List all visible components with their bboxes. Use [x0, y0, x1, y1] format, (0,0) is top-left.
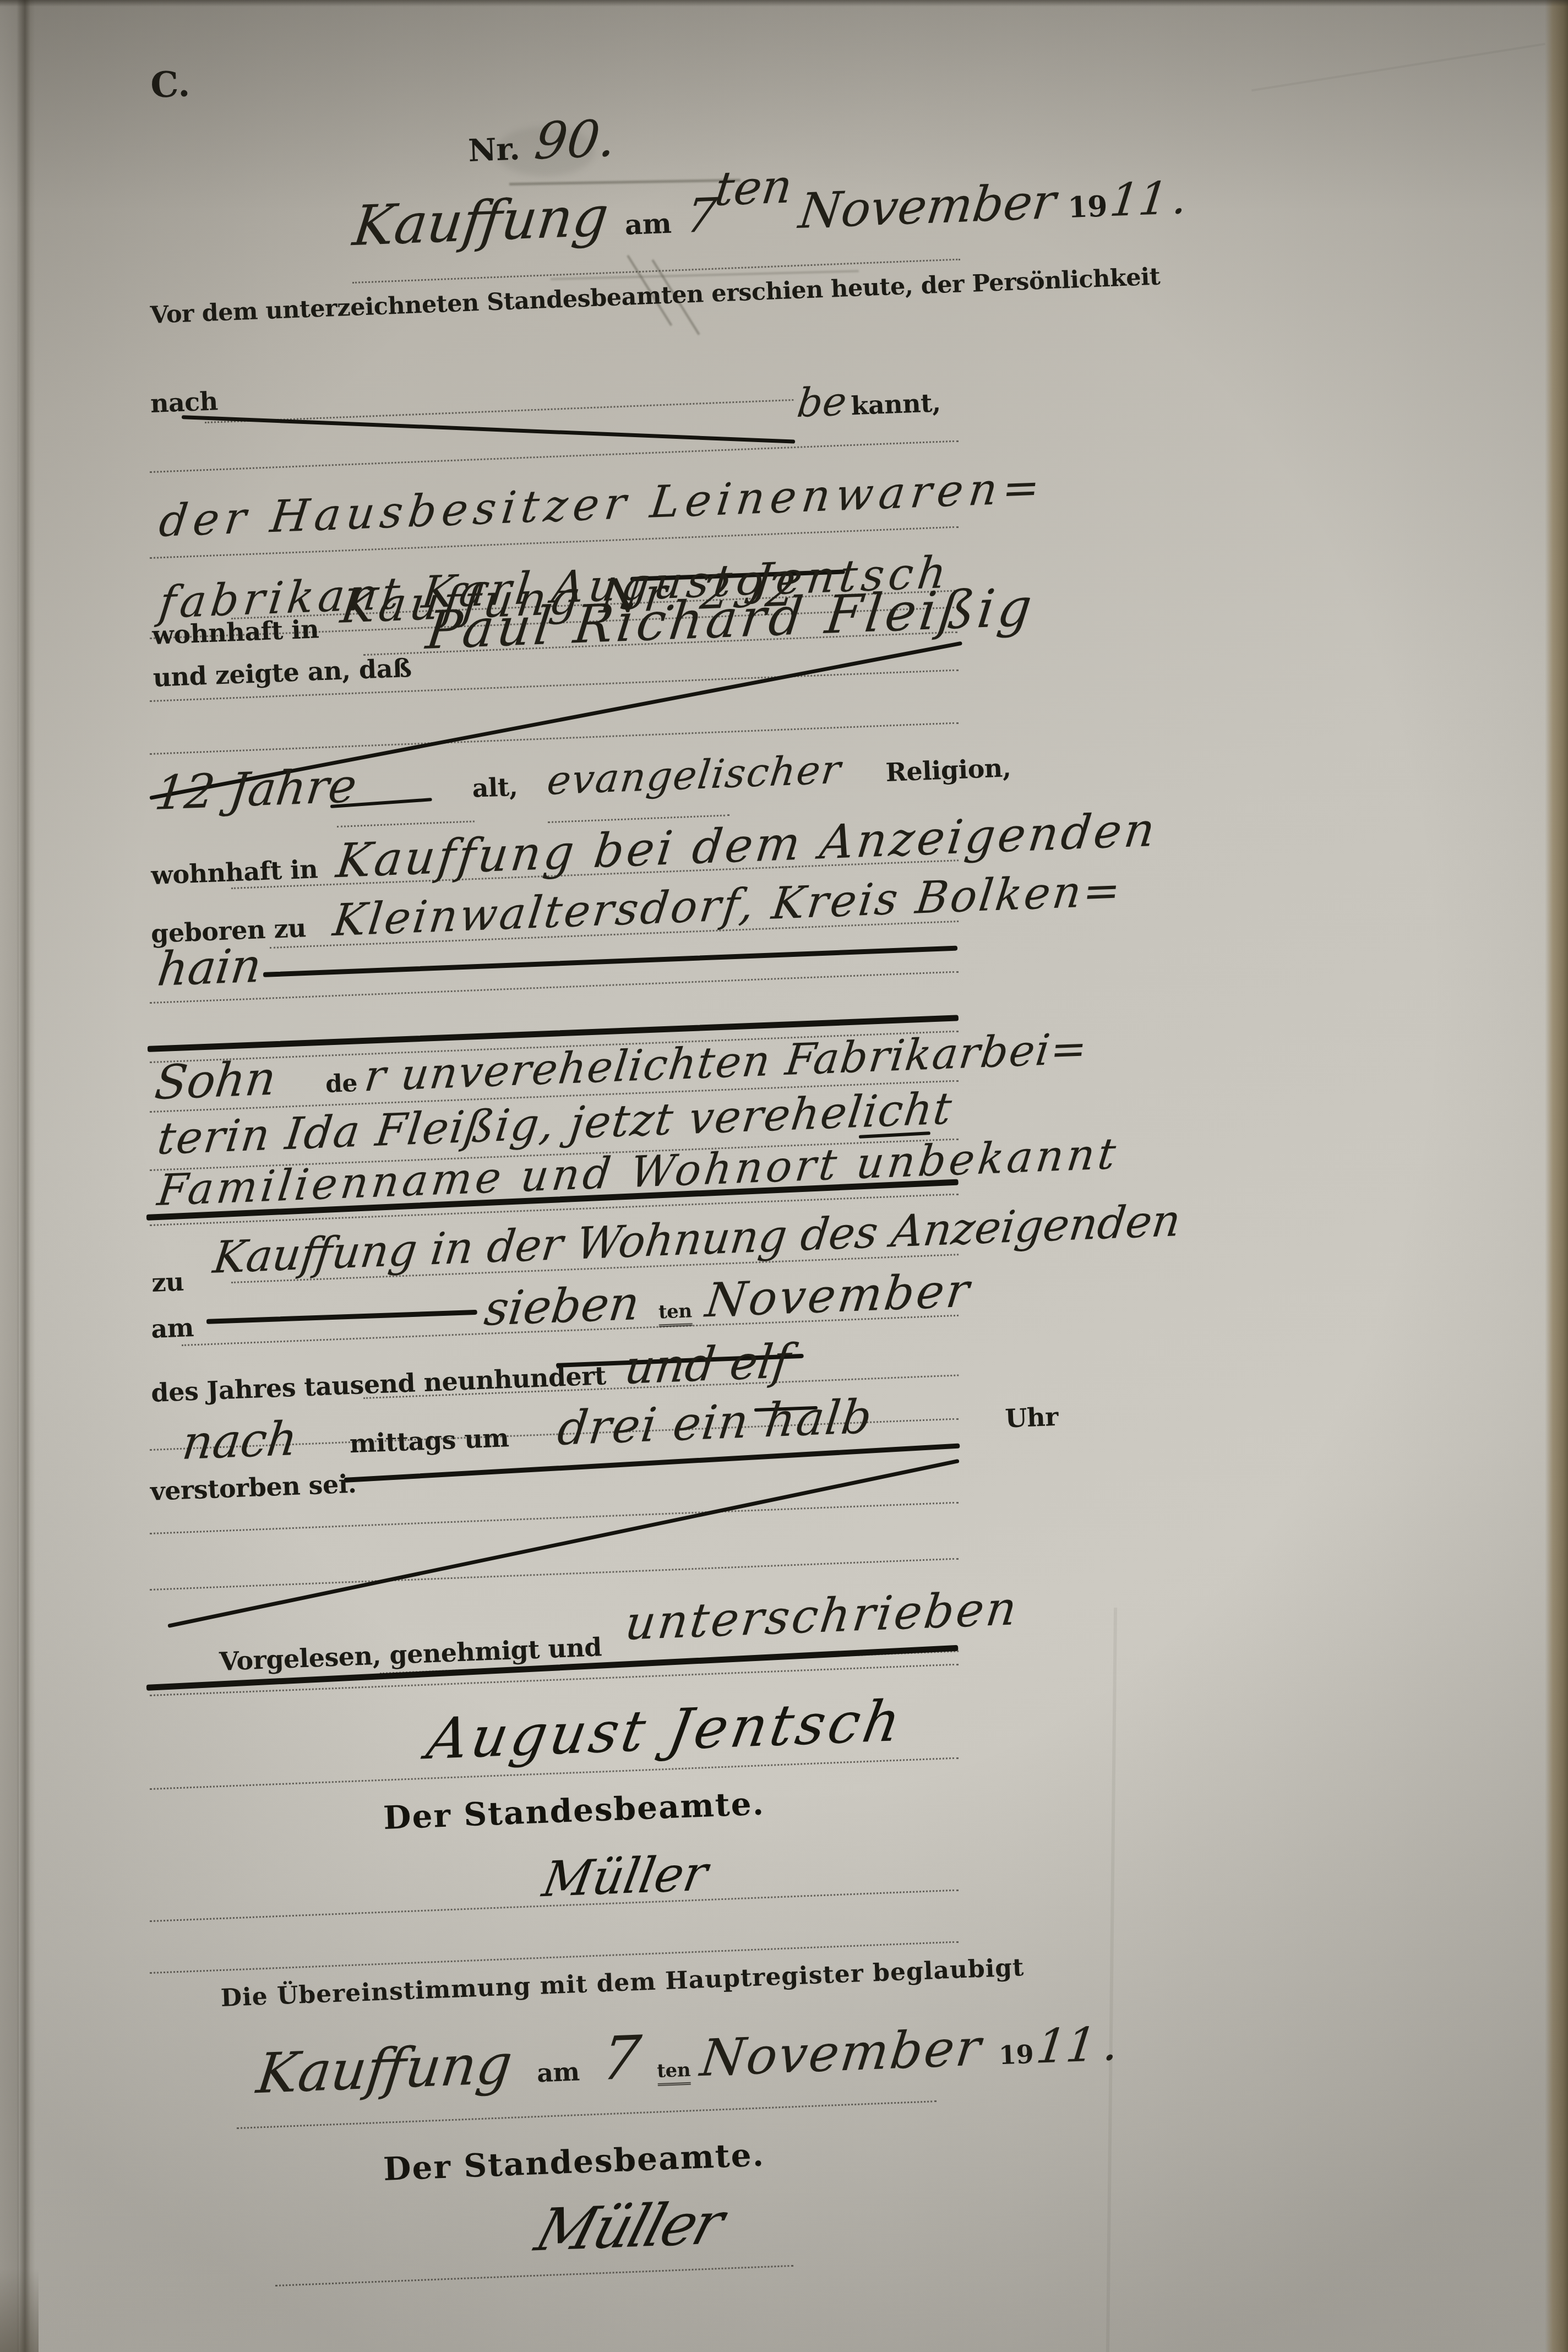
birthplace-continued: hain — [155, 939, 264, 998]
alt-label: alt, — [472, 772, 519, 803]
scanned-death-record-page: C. Nr. 90. Kauffung am 7 ten November 19… — [0, 0, 1568, 2352]
nr-value: 90. — [531, 108, 619, 171]
registrar-signature: Müller — [538, 1844, 712, 1908]
cert-century: 19 — [998, 2039, 1034, 2070]
dateline-am: am — [624, 207, 672, 241]
page-fold-shadow-bottom — [0, 2268, 39, 2352]
verstorben-label: verstorben sei. — [150, 1469, 357, 1506]
form-letter-row: C. — [150, 63, 190, 106]
time-value: drei ein halb — [555, 1390, 876, 1456]
record-number-row: Nr. 90. — [467, 109, 617, 173]
dotted-rule — [150, 1502, 959, 1534]
registrar-title-row: Der Standesbeamte. — [383, 1784, 765, 1837]
book-page-edges — [1545, 0, 1568, 2352]
dateline-place: Kauffung — [350, 184, 612, 258]
de-printed: de — [325, 1069, 358, 1098]
declarant-signature: August Jentsch — [422, 1688, 908, 1772]
dotted-rule — [337, 820, 475, 827]
zeigte-an-label: und zeigte an, daß — [153, 653, 412, 693]
declarant-signature-row: August Jentsch — [427, 1689, 904, 1772]
dotted-rule — [150, 1558, 959, 1591]
paper-crease — [1251, 43, 1545, 91]
dateline-period: . — [1170, 172, 1190, 225]
cert-year: 11 — [1033, 2017, 1099, 2075]
cert-ten: ten — [657, 2059, 691, 2086]
mittags-label: mittags um — [349, 1423, 510, 1458]
certification-text: Die Übereinstimmung mit dem Hauptregiste… — [220, 1953, 1025, 2012]
dotted-rule — [275, 2265, 793, 2286]
unterschrieben-hand: unterschrieben — [622, 1581, 1021, 1651]
ten-label: ten — [658, 1300, 692, 1327]
bekannt-hand-prefix: be — [795, 378, 850, 426]
bekannt-printed: kannt, — [851, 388, 941, 421]
dateline-month: November — [796, 173, 1059, 239]
dateline-day-suffix: ten — [712, 159, 795, 217]
intro-text: Vor dem unterzeichneten Standesbeamten e… — [150, 263, 1161, 329]
death-day: sieben — [482, 1276, 643, 1337]
age-value: 12 Jahre — [152, 759, 360, 821]
cert-place: Kauffung — [253, 2032, 515, 2106]
cert-month: November — [698, 2018, 986, 2088]
nr-label: Nr. — [467, 130, 520, 169]
birthplace-continued-row: hain — [157, 939, 262, 997]
form-letter: C. — [150, 63, 190, 106]
cert-period: . — [1101, 2017, 1122, 2072]
dotted-rule — [150, 440, 959, 473]
religion-value: evangelischer — [545, 746, 845, 804]
ink-strike-line — [182, 415, 795, 444]
intro-row: Vor dem unterzeichneten Standesbeamten e… — [150, 263, 1161, 329]
declarant-desc1-row: der Hausbesitzer Leinenwaren= — [159, 461, 1046, 547]
daypart-hand: nach — [179, 1412, 300, 1471]
registrar-title: Der Standesbeamte. — [383, 1784, 765, 1837]
dateline-year: 11 — [1107, 172, 1171, 227]
nach-row: nach — [150, 386, 219, 418]
dateline-row: Kauffung am 7 ten November 19 11 . — [352, 162, 1189, 258]
dotted-rule — [237, 2100, 937, 2129]
certification-date-row: Kauffung am 7 ten November 19 11 . — [256, 2005, 1120, 2107]
year-hand-value: und elf — [622, 1334, 793, 1395]
uhr-label: Uhr — [1005, 1402, 1059, 1434]
am-label: am — [150, 1313, 194, 1344]
book-gutter-edge — [0, 0, 19, 2352]
page-fold-shadow — [17, 0, 35, 2352]
registrar-signature-row: Müller — [542, 1845, 708, 1908]
photo-top-shadow — [0, 0, 1568, 7]
year-printed-label: des Jahres tausend neunhundert — [150, 1360, 606, 1408]
verstorben-row: verstorben sei. — [150, 1469, 357, 1506]
deceased-name: Paul Richard Fleißig — [423, 577, 1038, 661]
registrar-title2: Der Standesbeamte. — [383, 2136, 765, 2188]
registrar-title2-row: Der Standesbeamte. — [383, 2136, 765, 2188]
religion-label: Religion, — [885, 753, 1012, 787]
death-month: November — [703, 1263, 974, 1328]
nach-label: nach — [150, 386, 219, 418]
ink-fill-line — [263, 946, 957, 977]
sohn-hand: Sohn — [152, 1051, 279, 1110]
registrar-scrawl-signature: Müller — [529, 2190, 729, 2264]
bekannt-row: be kannt, — [797, 374, 941, 426]
cert-day: 7 — [598, 2023, 644, 2094]
wohnhaft-in-label: wohnhaft in — [150, 854, 318, 890]
zu-label: zu — [151, 1267, 184, 1298]
dateline-century: 19 — [1068, 189, 1108, 225]
paper-crease — [1106, 1608, 1117, 2352]
age-religion-row: 12 Jahre alt, evangelischer Religion, — [154, 733, 1012, 821]
registrar-scrawl-row: Müller — [537, 2190, 721, 2264]
declarant-desc1: der Hausbesitzer Leinenwaren= — [156, 461, 1048, 547]
certification-row: Die Übereinstimmung mit dem Hauptregiste… — [220, 1953, 1025, 2012]
cert-am: am — [536, 2057, 580, 2088]
